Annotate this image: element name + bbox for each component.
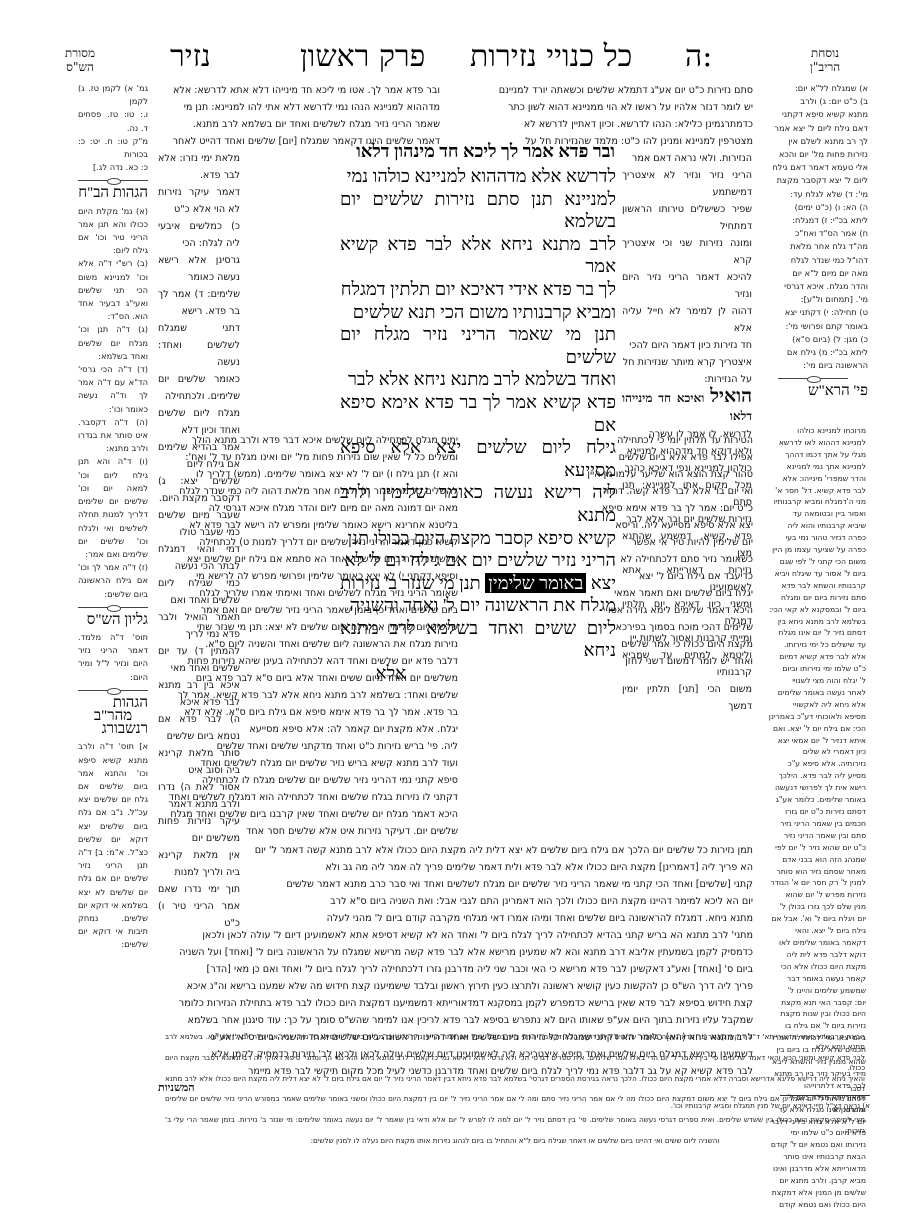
hagahot-habach-item: (ג) ד"ה תנן וכו' מגלח יום שלשים ואחד בשל… (78, 323, 148, 363)
gilyon-hashas-title: גליון הש"ס (78, 614, 148, 627)
hagahot-habach-title: הגהות הב"ח (78, 187, 148, 200)
nusach-item: א) שמגלח לל"א יום: (758, 82, 868, 95)
tosafot-line: הא פריך ליה [דאמרינן] מקצת היום ככולו אל… (158, 859, 753, 876)
tosafot-line: היכא דאמר מגלח יום שלשים ואחד שאין קרבנו… (158, 806, 458, 823)
nusach-item: ט) תחילה: י) דקתני יצא (758, 306, 868, 319)
rosh-title: פי' הרא"ש (758, 385, 868, 398)
gilyon-hashas-text: תוס' ד"ה מלמד. דאמר הריני נזיר היום ונזי… (78, 631, 148, 684)
rosh-line: לבר פדא קשיא. דל' חסר א' (758, 485, 866, 497)
tosafot-line: ימים מגלח לכתחילה ליום שלשים איכא דבר פד… (158, 432, 458, 449)
nusach-riban-label: נוסחת הריב"ן (800, 46, 850, 74)
rosh-line: דסתם נזירות כ"ט יום גזרו (758, 806, 866, 818)
bottom-note-line: מצי למימר מקצת היום ככולו בין ששדש שלימי… (165, 1115, 865, 1136)
rosh-line: כ"ט יום שהוא נזיר ל' יום לפי (758, 842, 866, 854)
gemara-line: תנן מי שאמר הריני נזיר מגלח יום שלשים (340, 323, 616, 368)
tosafot-line: ומשלים כל ל' שאין שום נזירות פחות מל' יו… (158, 449, 458, 466)
rosh-line: היום ככולו ובין שנות מקצת (758, 1008, 866, 1020)
gemara-line: ומביא קרבנותיו משום הכי תנא שלשים (340, 301, 616, 324)
gemara-line: ואחד בשלמא לרב מתנא ניחא אלא לבר (340, 368, 616, 391)
hagahot-habach-item: (ו) ד"ה והא תנן גילח ליום וכו' למאה יום … (78, 455, 148, 561)
hagahot-maharav-text: א] תוס' ד"ה ולרב מתנא קשיא סיפא וכו' והת… (78, 740, 148, 951)
rosh-line: קרבנותיו והשתא לבר פדא (758, 580, 866, 592)
rosh-line: למניינא דההוא לאו לדרשא (758, 437, 866, 449)
tosafot-line: קשיא כגון דאמר הריני נזיר שלשים יום דלרי… (158, 534, 458, 551)
rosh-line: למניינא אתך נמי למניינא (758, 461, 866, 473)
tosafot-line: ועוד לרב מתנא קשיא בריש נזיר שלשים יום מ… (158, 755, 458, 772)
rosh-line: היום ככולו ואם נטמא קודם (758, 1199, 866, 1211)
nusach-item: ליתא בכ"י: מ) גילח אם (758, 346, 868, 359)
nusach-item: מתנא קשיא סיפא דקתני (758, 108, 868, 121)
masoret-hashas: גמ' א) לקמן טז. ג) לקמן ו.: טו: טז. פסחי… (78, 82, 148, 952)
gemara-line: למניינא תנן סתם נזירות שלשים יום בשלמא (340, 188, 616, 233)
tosafot-line: וסיפא דקתני י) לא יצא כאומר שלימין ופרוש… (158, 568, 458, 585)
rosh-line: עד שישלים כל ימי נזירותו. (758, 639, 866, 651)
rosh-line: נזירות ביום ל' אם גילח בו (758, 1020, 866, 1032)
chapter-number: פרק ראשון (300, 40, 425, 74)
rashi-line: משום הכי [תני] תלתין יומין דמשך (622, 681, 752, 715)
daf-number: ה: (685, 40, 712, 74)
rashi-line: היכא דאמר שלימים לימא גזירה אטו (470, 602, 753, 619)
rashi-line: חד נזירות כיון דאמר היום להכי (622, 337, 752, 354)
tosafot-line: מדההוא למניינא הנהו נמי לדרשא דלא אתי לה… (158, 99, 440, 116)
gemara-line: לרב מתנא ניחא אלא לבר פדא קשיא אמר (340, 233, 616, 278)
ornament-divider (778, 378, 848, 379)
rashi-line: להיכא דאמר הריני נזיר היום ונזיר (622, 269, 752, 303)
bottom-note-line: לבר פדא קשיא ומשני הכא והאי דאמר שלימים.… (165, 1053, 865, 1074)
tosafot-line: והא ז) תנן גילח ו) יום ל' לא יצא באומר ש… (158, 466, 458, 483)
masoret-ref: כ: כא. נדה לג.] (78, 161, 148, 174)
rosh-line: מביא קרבן. ולרב מתנא יום (758, 1175, 866, 1187)
tosafot-line: כאומר שלשים יום שלימים. ולכתחילה (158, 371, 240, 405)
rashi-hoil-line: הואיל ואיכא חד מינייהו דלאו (622, 388, 752, 426)
rosh-line: קאמר נעשה באומר דבר (758, 973, 866, 985)
nusach-item: נזירות פחות מל' יום והכא (758, 148, 868, 161)
tosafot-line: להשלים כל מה שנזר ח) ולגלח אחר מלאת דהוה… (158, 483, 458, 500)
ornament-divider (78, 607, 148, 608)
nusach-item: לך רב מתנא לשלם אין (758, 135, 868, 148)
nusach-label-line2: הריב"ן (800, 60, 850, 74)
nusach-item: באומר קתם ופרושי מי': (758, 320, 868, 333)
nusach-item: כ) מגן: ל) (ביום ס"א) (758, 333, 868, 346)
masoret-hashas-label: מסורת הש"ס (55, 46, 105, 74)
rashi-line: ואי יום בו' אלא לבר פדא קשה. דהוה (470, 483, 753, 500)
rosh-line: ל' יגלח והוה מצי לשנויי (758, 675, 866, 687)
rosh-line: דסתם נזיר ל' יום אינו מגלח (758, 627, 866, 639)
rosh-line: מאחר שסתם נזיר הוא סותר (758, 866, 866, 878)
rashi-line: מקצת היום ככולו כי אמר שלשים (470, 636, 753, 653)
rosh-line: מני ה'דמגלח ומביא קרבנותיו (758, 496, 866, 508)
tosafot-line: כ) כמלשים איבעי ליה לגלח: הכי (158, 218, 240, 252)
nusach-item: ליום ל' יצא דקסבר מקצת (758, 174, 868, 187)
hagahot-habach-item: (ה) ד"ה דקסבר. איט סותר את בנדרו ולרב מת… (78, 416, 148, 456)
rosh-line: הבאת קרבנותיו אינו סותר (758, 1151, 866, 1163)
tosafot-line: דקתני לו נזירות בגלח שלשים ואחד לכתחילה … (158, 789, 458, 806)
bottom-note-line: הבאת קרבנותיו סותר מדאורייתא' ד"ה דוקא ק… (165, 1032, 865, 1053)
tosafot-line: ביום ס' [ואחד] ואע"ג דאקשינן לבר פדא מרי… (158, 961, 753, 978)
rashi-line: הריני נזיר ונזיר לא איצטריך דמישתמע (622, 167, 752, 201)
rosh-line: דוקא דלבר פדא לית ליה (758, 949, 866, 961)
tosafot-line: שאמר הריני נזיר מגלח לשלשים ואחד יום בשל… (158, 116, 440, 133)
rosh-line: מדאורייתא אלא מדרבנן ואינו (758, 1163, 866, 1175)
gemara-line: לך בר פדא אידי דאיכא יום תלתין דמגלח (340, 278, 616, 301)
tosafot-line: דלבר פדא יום שלשים ואחד דהא לכתחילה בעינ… (158, 653, 458, 670)
gemara-line: לדרשא אלא מדההוא למניינא כולהו נמי (340, 165, 616, 188)
tosafot-line: שלשים יום. דעיקר נזירות איט אלא שלשים חס… (158, 823, 458, 840)
tosafot-line: נזירות מגלח את הראשונה ליום שלשים ואחד ו… (158, 636, 458, 653)
tosafot-line: דאמר עיקר נזירות לא הוי אלא כ"ט (158, 184, 240, 218)
rosh-line: איתא דנזיר ל' יום אמאי יצא (758, 735, 866, 747)
rashi-line: כ"ט יום: אמר לך בר פדא אימא סיפא (470, 500, 753, 517)
tosafot-line: דתני שמגלח לשלשים ואחד: נעשה (158, 320, 240, 371)
hagahot-habach-item: (א) גמ' מקלת היום ככולו והא תנן אמר הרינ… (78, 205, 148, 258)
nusach-item: דהו"ל כמי שנדר לגלח (758, 254, 868, 267)
hagahot-habach-item: (ד) ד"ה הכי גרסי' הד"א עם ד"ה אמר לך וד"… (78, 363, 148, 416)
tosafot-line: שלשים ולגלח ביום שלשים ואחד הא סתמא אם ג… (158, 551, 458, 568)
tosafot-line: קצת חידוש בסיפא לבר פדא שאין ברישא כדמפר… (158, 995, 753, 1012)
nusach-item: הראשונה ביום מי': (758, 359, 868, 372)
tosafot-line: ליה. פי' בריש נזירות כ"ט ואחד מדקתני שלש… (158, 738, 458, 755)
tosafot-lower: ימים מגלח לכתחילה ליום שלשים איכא דבר פד… (158, 432, 458, 840)
rashi-line: אפילו לבר פדא אלא ביום שלשים (470, 449, 753, 466)
tosafot-line: סיפא קתני נמי דהריני נזיר שלשים יום שלשי… (158, 772, 458, 789)
tosafot-line: שאומר הריני נזיר מגלח לשלשים ואחד ואימתי… (158, 585, 458, 602)
rosh-bottom-continuation: הבאת קרבנותיו סותר מדאורייתא' ד"ה דוקא ק… (165, 1032, 865, 1146)
rosh-line: יום ויגלח ביום ל' וא'. אבל אם (758, 913, 866, 925)
nusach-item: מה"ד גלח אחר מלאת (758, 240, 868, 253)
tosafot-line: תמן נזירות כל שלשים יום הלכך אם גילח ביו… (158, 842, 753, 859)
rosh-line: הכי: אם גילח יום ל' יצא. ואם (758, 723, 866, 735)
tosafot-line: שלימים: ד) אמר לך בר פדא. רישא (158, 286, 240, 320)
rosh-line: באומר שלימים. כלומר אע"ג (758, 794, 866, 806)
rosh-line: שלשים מן המנין אלא דמקצת (758, 1187, 866, 1199)
rashi-line: כדמתרגמינן כלילא: הנהו לדרשא. וכיון דאתי… (470, 116, 753, 133)
tosafot-line: ובר פדא אמר לך. אטו מי ליכא חד מינייהו ד… (158, 82, 440, 99)
tosafot-line: יום הא ליכא למימר דהיינו מקצת היום ככולו… (158, 893, 753, 910)
rosh-line: נזירות מפרש ל' יום שהוא (758, 889, 866, 901)
rashi-line: סתם נזירות כ"ט יום אע"ג דתמלא שלשים וכשא… (470, 82, 753, 99)
rosh-line: מקצת היום ככולו אלא הכי (758, 961, 866, 973)
rosh-line: שמנהג הזה הוא בבני אדם (758, 854, 866, 866)
nusach-item: מי': ד) שלא לגלח עד: (758, 188, 868, 201)
tosafot-line: מלאת ימי נזרו: אלא לבר פדא. (158, 150, 240, 184)
tosafot-line: קתני [שלשים] ואחד הכי קתני מי שאמר הריני… (158, 876, 753, 893)
nusach-item: מי'. [תמחום ול"ע]: (758, 293, 868, 306)
rosh-line: מרוכחו למניינא כולהו (758, 425, 866, 437)
masoret-ref: מ"ק טו: ח. יט: כ: בכורות (78, 135, 148, 161)
rosh-line: אלא לבר פדא קשיא דמיום (758, 651, 866, 663)
hagahot-habach-item: (ז) ד"ה אמר לך וכו' אם גילח הראשונה ביום… (78, 561, 148, 601)
rashi-line: הנזירות. ולאי נראה דאם אמר (622, 150, 752, 167)
rosh-line: כ"ט שלמו ימי נזירותו וביום (758, 663, 866, 675)
rosh-line: חכמים בין שאמר הריני נזיר (758, 818, 866, 830)
tosafot-line: פריך ליה דרך הש"ס כן להקשות כעין קושיא ר… (158, 978, 753, 995)
rashi-line: שלימים דהכי מוכח בסמוך בפירכא (470, 619, 753, 636)
tosafot-line: משלשים יום ואחד מיום ששים ואחד אלא ביום … (158, 670, 458, 687)
masoret-ref: ו.: טו: טז. פסחים ד. נה. (78, 108, 148, 134)
rosh-line: ביום ל' אסור עד שיגלח ויביא (758, 568, 866, 580)
nusach-item: ח) אמר הס"ד ואח"כ (758, 227, 868, 240)
rosh-line: כפרה על שציער עצמו מן היין (758, 544, 866, 556)
rosh-line: גילח ביום ל' יצא. והאי (758, 925, 866, 937)
tosafot-line: בר פדא. אמר לך בר פדא אימא סיפא אם גילח … (158, 704, 458, 721)
rashi-line: יום שלימין להיות טיר אי אפשר (470, 534, 753, 551)
gemara-line: פדא קשיא אמר לך בר פדא אימא סיפא אם (340, 391, 616, 436)
rosh-line: בשלמא לרב מתנא ניחא בין (758, 616, 866, 628)
rosh-line: סתם נזירות ביום יום ומגלח (758, 592, 866, 604)
masoret-ref: גמ' א) לקמן טז. ג) לקמן (78, 82, 148, 108)
hagahot-maharav-subtitle: מהר"ב רנשבורג (78, 710, 148, 736)
rosh-line: שיביא קרבנותיו והוא ליה (758, 520, 866, 532)
nusach-label-line1: נוסחת (800, 46, 850, 60)
tractate-name: נזיר (170, 40, 211, 74)
rashi-line: ומונה נזירות שני וכי איצטריך קרא (622, 235, 752, 269)
nusach-item: ה) הא: ו) (כ"ט ימים) (758, 201, 868, 214)
rashi-top: סתם נזירות כ"ט יום אע"ג דתמלא שלשים וכשא… (470, 82, 753, 150)
rosh-line: אלא ניחא ליה לאקשויי (758, 699, 866, 711)
nusach-item: ליתא בכ"י: ז) דמגלח: (758, 214, 868, 227)
masoret-label-line1: מסורת (55, 46, 105, 60)
nusach-item: אלי טעמא דאמר דאם גילח (758, 161, 868, 174)
rashi-line: מצטרפין למניינא ומנינן להו כ"ט: מלמד שהנ… (470, 133, 753, 150)
nusach-item: דאם גילח ליום ל' יצא אמר (758, 122, 868, 135)
rosh-line: משום הכי קתני ל' לפי שגם (758, 556, 866, 568)
rosh-line: ואסור ביין ובטומאה עד (758, 508, 866, 520)
rosh-line: רישא אית לך לפרושי דנעשה (758, 782, 866, 794)
tosafot-line: יגלח. אלא מקצת יום קאמר לה: אלא סיפא מסי… (158, 721, 458, 738)
nusach-item: מאה יום מיום ל"א יום (758, 267, 868, 280)
nusach-riban: א) שמגלח לל"א יום: ב) כ"ט יום: ג) ולרב מ… (758, 82, 868, 403)
rashi-line: איצטריך קרא מיותר שנזירות חל (622, 354, 752, 371)
rosh-line: לאחר נעשה באומר שלימים (758, 687, 866, 699)
tosafot-line: שלשים יום שלימין אם גילח ביום שלשים לא י… (158, 619, 458, 636)
ornament-divider (78, 690, 148, 691)
rosh-line: והדר שמפרי' מינייהו: אלא (758, 473, 866, 485)
rosh-line: כיון דאמרי לא שלים (758, 746, 866, 758)
hagahot-habach-item: (ב) רש"י ד"ה אלא וכו' למניינא משום הכי ת… (78, 257, 148, 323)
rashi-line: כשאומר נזיר סתם דלכתחילה לא (470, 551, 753, 568)
rashi-line: יגלח ביום שלשים ואם תאמר אמאי (470, 585, 753, 602)
footnote-divider (780, 1095, 870, 1096)
chapter-name: כל כנויי נזירות (470, 40, 632, 74)
rashi-line: טהור קצת הוצא הוא שליער עלמו מן היין (470, 466, 753, 483)
rashi-line: דהוה לן למימר לא חייל עליה אלא (622, 303, 752, 337)
tosafot-line: מתנא ניחא. דמגלח להראשונה ביום שלשים ואח… (158, 910, 753, 927)
rosh-line: מנין שלם לכך גזרו בכולן ל' (758, 901, 866, 913)
rosh-line: יום: קסבר האי תנא מקצת (758, 997, 866, 1009)
tosafot-line: מתני' לרב מתנא הא בריש קתני בהדיא לכתחיל… (158, 927, 753, 944)
rashi-line: ואחד יש לומר דמשום דשני לחזן (470, 653, 753, 670)
nusach-item: ב) כ"ט יום: ג) ולרב (758, 95, 868, 108)
tosafot-line: כדמסיק לקמן בשמעתין אליבא דרב מתנא והא ל… (158, 944, 753, 961)
rosh-line: כפרה דנזיר טהור נמי בעי (758, 532, 866, 544)
rosh-line: מסייע ליה לבר פדא. הילכך (758, 770, 866, 782)
rashi-line: יש לומר דנזר אלהיו על ראשו לא הוי ממניינ… (470, 99, 753, 116)
nusach-item: והדר מגלח. איכא דגרסי (758, 280, 868, 293)
rashi-line: כדיעבד אם גילח ביום ל' יצא (470, 568, 753, 585)
tosafot-line: שמקבל עליו נזירות בתוך היום אע"פ שאותו ה… (158, 1012, 753, 1029)
tosafot-line: מאה יום דמונה מאה יום מיום ליום והדר מגל… (158, 500, 458, 517)
ornament-divider (78, 180, 148, 181)
rashi-line: יצא אלא סיפא מסייעא ליה. וריסא (470, 517, 753, 534)
tosafot-line: בליטנא אחרינא רישא כאומר שלימין ומפרש לה… (158, 517, 458, 534)
rosh-line: למנין ל' רק חסר יום א' הנודר (758, 877, 866, 889)
rosh-line: סתם ובין שאמר הריני נזיר (758, 830, 866, 842)
rosh-line: נזירותיה. אלא סיפא ע"כ (758, 758, 866, 770)
rashi-line: שפיר כשישלים טירותו הראשון דמתחיל (622, 201, 752, 235)
bottom-note-line: והשניה ליום ששים ואי דהיינו ביום שלשים א… (165, 1136, 865, 1146)
tosafot-line: ביום שלשים ואחד כ) בזמן שאמר הריני נזיר … (158, 602, 458, 619)
rosh-line: מגלי על אתך דכמו דההך (758, 449, 866, 461)
footnote: א) נראה דצ"ל חייי דאיכא יום של מנין תמגל… (500, 1101, 870, 1111)
rosh-line: ביום ל' ובמסקנא לא קאי הכי: (758, 604, 866, 616)
masoret-label-line2: הש"ס (55, 60, 105, 74)
tosafot-line: גרסינן אלא רישא נעשה כאומר (158, 252, 240, 286)
tosafot-line: שלשים ואחד: בשלמא לרב מתנא ניחא אלא לבר … (158, 687, 458, 704)
bottom-note-line: והאיך ניחא ליה דרישא פליגא אדרישא וסברה … (165, 1074, 865, 1095)
rosh-line: מסיפא ולאוכוחי דע"כ באמרינן (758, 711, 866, 723)
rosh-line: שמשמע שלימים והיינו ל' (758, 985, 866, 997)
rashi-lower: הטירות עד תלתין יומי כי לכתחילה אפילו לב… (470, 432, 753, 670)
rashi-dibur-hamatchil: הואיל (710, 386, 752, 407)
rashi-line: הטירות עד תלתין יומי כי לכתחילה (470, 432, 753, 449)
rosh-line: דקאמר באומר שלימים לאו (758, 937, 866, 949)
